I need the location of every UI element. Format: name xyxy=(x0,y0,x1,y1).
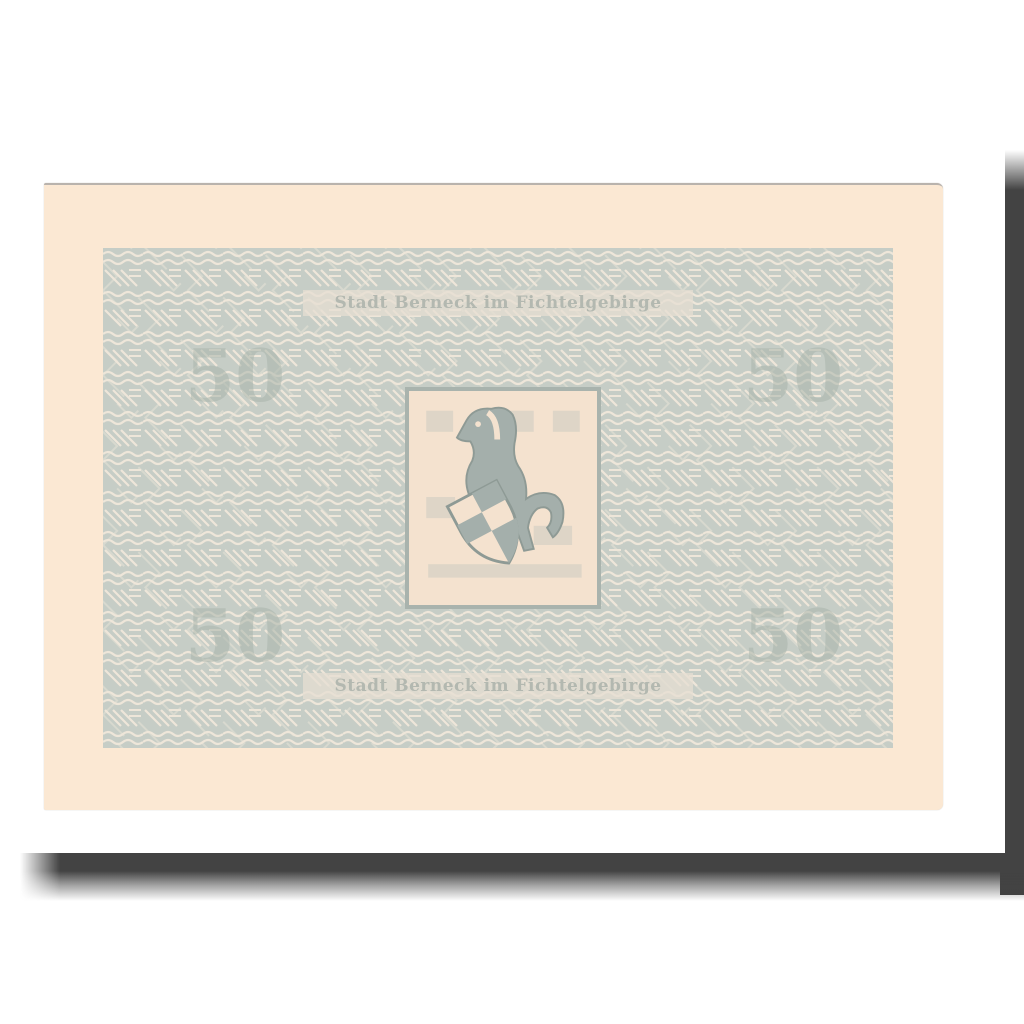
card-shadow-bottom xyxy=(20,853,1024,903)
coat-of-arms-frame xyxy=(405,387,601,609)
banknote: 50 50 50 50 Stadt Berneck im Fichtelgebi… xyxy=(44,183,943,810)
photo-card: 50 50 50 50 Stadt Berneck im Fichtelgebi… xyxy=(0,0,1005,853)
issuer-legend-top: Stadt Berneck im Fichtelgebirge xyxy=(303,290,693,316)
coat-of-arms-horse-icon xyxy=(409,391,597,605)
guilloche-panel: 50 50 50 50 Stadt Berneck im Fichtelgebi… xyxy=(103,248,893,748)
issuer-legend-bottom: Stadt Berneck im Fichtelgebirge xyxy=(303,673,693,699)
